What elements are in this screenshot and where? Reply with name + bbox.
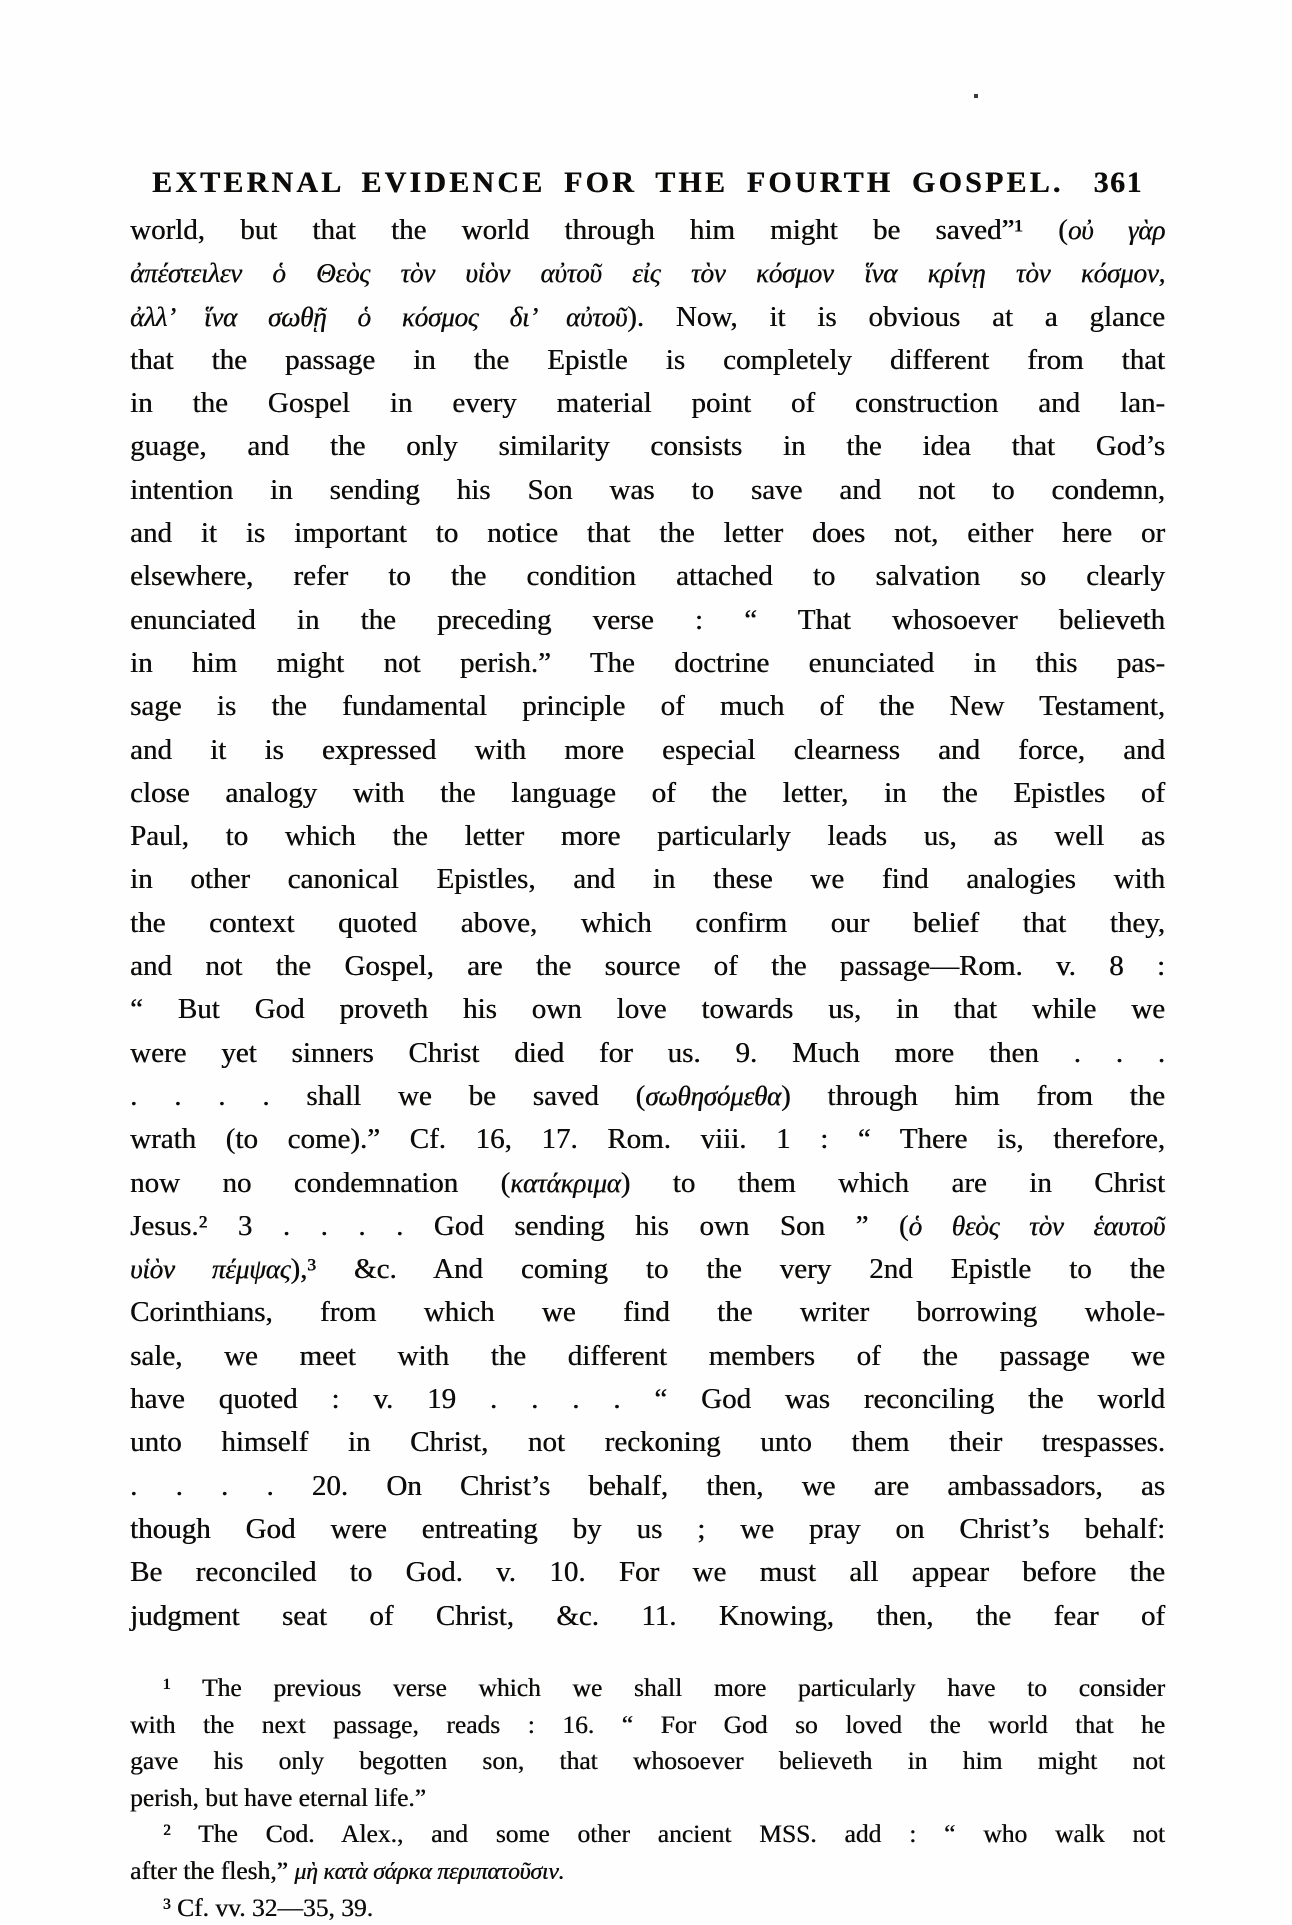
text-segment: that the passage in the Epistle is compl… <box>130 344 1165 376</box>
text-line: Jesus.² 3 . . . . God sending his own So… <box>130 1205 1165 1248</box>
text-line: ἀλλ’ ἵνα σωθῇ ὁ κόσμος δι’ αὐτοῦ). Now, … <box>130 296 1165 339</box>
text-line: ἀπέστειλεν ὁ Θεὸς τὸν υἱὸν αὐτοῦ εἰς τὸν… <box>130 252 1165 295</box>
greek-text: μὴ κατὰ σάρκα περιπατοῦσιν. <box>294 1859 564 1885</box>
text-line: the context quoted above, which confirm … <box>130 902 1165 945</box>
text-segment: perish, but have eternal life.” <box>130 1783 426 1812</box>
greek-text: υἱὸν πέμψας <box>130 1254 290 1284</box>
text-segment: Jesus.² 3 . . . . God sending his own So… <box>130 1210 909 1242</box>
greek-text: ἀλλ’ ἵνα σωθῇ ὁ κόσμος δι’ αὐτοῦ <box>130 302 627 332</box>
text-segment: ) through him from the <box>781 1080 1165 1112</box>
text-line: world, but that the world through him mi… <box>130 209 1165 252</box>
greek-text: ἀπέστειλεν ὁ Θεὸς τὸν υἱὸν αὐτοῦ εἰς τὸν… <box>130 258 1165 288</box>
text-line: close analogy with the language of the l… <box>130 772 1165 815</box>
text-segment: in the Gospel in every material point of… <box>130 387 1165 419</box>
text-line: elsewhere, refer to the condition attach… <box>130 555 1165 598</box>
text-segment: have quoted : v. 19 . . . . “ God was re… <box>130 1383 1165 1415</box>
text-segment: close analogy with the language of the l… <box>130 777 1165 809</box>
text-segment: ³ Cf. vv. 32—35, 39. <box>163 1893 373 1922</box>
page-number: 361 <box>1094 166 1144 199</box>
text-line: . . . . shall we be saved (σωθησόμεθα) t… <box>130 1075 1165 1118</box>
text-segment: and not the Gospel, are the source of th… <box>130 950 1165 982</box>
text-segment: ). Now, it is obvious at a glance <box>627 301 1165 333</box>
text-segment: Be reconciled to God. v. 10. For we must… <box>130 1556 1165 1588</box>
text-line: sale, we meet with the different members… <box>130 1335 1165 1378</box>
text-line: sage is the fundamental principle of muc… <box>130 685 1165 728</box>
text-line: “ But God proveth his own love towards u… <box>130 988 1165 1031</box>
text-line: in him might not perish.” The doctrine e… <box>130 642 1165 685</box>
text-segment: intention in sending his Son was to save… <box>130 474 1165 506</box>
text-line: with the next passage, reads : 16. “ For… <box>130 1707 1165 1744</box>
text-line: . . . . 20. On Christ’s behalf, then, we… <box>130 1465 1165 1508</box>
text-line: guage, and the only similarity consists … <box>130 425 1165 468</box>
text-line: were yet sinners Christ died for us. 9. … <box>130 1032 1165 1075</box>
book-page: EXTERNAL EVIDENCE FOR THE FOURTH GOSPEL.… <box>0 0 1292 1925</box>
greek-text: ὁ θεὸς τὸν ἑαυτοῦ <box>909 1211 1165 1241</box>
text-line: intention in sending his Son was to save… <box>130 469 1165 512</box>
text-line: that the passage in the Epistle is compl… <box>130 339 1165 382</box>
running-head-title: EXTERNAL EVIDENCE FOR THE FOURTH GOSPEL. <box>152 166 1064 199</box>
text-segment: now no condemnation ( <box>130 1167 510 1199</box>
text-segment: . . . . shall we be saved ( <box>130 1080 645 1112</box>
scan-speck <box>974 94 978 98</box>
text-segment: after the flesh,” <box>130 1856 294 1885</box>
text-line: and it is important to notice that the l… <box>130 512 1165 555</box>
text-line: perish, but have eternal life.” <box>130 1780 1165 1817</box>
text-line: wrath (to come).” Cf. 16, 17. Rom. viii.… <box>130 1118 1165 1161</box>
text-segment: enunciated in the preceding verse : “ Th… <box>130 604 1165 636</box>
text-segment: the context quoted above, which confirm … <box>130 907 1165 939</box>
text-line: υἱὸν πέμψας),³ &c. And coming to the ver… <box>130 1248 1165 1291</box>
text-segment: . . . . 20. On Christ’s behalf, then, we… <box>130 1470 1165 1502</box>
text-segment: elsewhere, refer to the condition attach… <box>130 560 1165 592</box>
text-segment: and it is expressed with more especial c… <box>130 734 1165 766</box>
text-line: though God were entreating by us ; we pr… <box>130 1508 1165 1551</box>
text-line: unto himself in Christ, not reckoning un… <box>130 1421 1165 1464</box>
text-line: and it is expressed with more especial c… <box>130 729 1165 772</box>
text-segment: judgment seat of Christ, &c. 11. Knowing… <box>130 1600 1165 1632</box>
text-segment: sale, we meet with the different members… <box>130 1340 1165 1372</box>
text-segment: world, but that the world through him mi… <box>130 214 1068 246</box>
text-line: Be reconciled to God. v. 10. For we must… <box>130 1551 1165 1594</box>
text-segment: in him might not perish.” The doctrine e… <box>130 647 1165 679</box>
text-segment: wrath (to come).” Cf. 16, 17. Rom. viii.… <box>130 1123 1165 1155</box>
greek-text: κατάκριμα <box>510 1168 620 1198</box>
text-segment: Paul, to which the letter more particula… <box>130 820 1165 852</box>
text-line: have quoted : v. 19 . . . . “ God was re… <box>130 1378 1165 1421</box>
text-line: judgment seat of Christ, &c. 11. Knowing… <box>130 1595 1165 1638</box>
greek-text: οὐ γὰρ <box>1068 215 1165 245</box>
text-line: now no condemnation (κατάκριμα) to them … <box>130 1162 1165 1205</box>
text-line: after the flesh,” μὴ κατὰ σάρκα περιπατο… <box>130 1853 1165 1891</box>
text-line: in other canonical Epistles, and in thes… <box>130 858 1165 901</box>
text-line: ² The Cod. Alex., and some other ancient… <box>130 1816 1165 1853</box>
text-line: and not the Gospel, are the source of th… <box>130 945 1165 988</box>
text-line: Corinthians, from which we find the writ… <box>130 1291 1165 1334</box>
running-head: EXTERNAL EVIDENCE FOR THE FOURTH GOSPEL.… <box>130 166 1165 200</box>
text-line: ¹ The previous verse which we shall more… <box>130 1670 1165 1707</box>
text-line: gave his only begotten son, that whosoev… <box>130 1743 1165 1780</box>
text-segment: gave his only begotten son, that whosoev… <box>130 1746 1165 1775</box>
text-segment: with the next passage, reads : 16. “ For… <box>130 1710 1165 1739</box>
text-segment: ² The Cod. Alex., and some other ancient… <box>163 1819 1165 1848</box>
text-segment: Corinthians, from which we find the writ… <box>130 1296 1165 1328</box>
text-line: Paul, to which the letter more particula… <box>130 815 1165 858</box>
text-segment: ),³ &c. And coming to the very 2nd Epist… <box>290 1253 1165 1285</box>
text-segment: ) to them which are in Christ <box>621 1167 1165 1199</box>
text-segment: ¹ The previous verse which we shall more… <box>163 1673 1165 1702</box>
text-segment: “ But God proveth his own love towards u… <box>130 993 1165 1025</box>
text-segment: though God were entreating by us ; we pr… <box>130 1513 1165 1545</box>
text-line: ³ Cf. vv. 32—35, 39. <box>130 1890 1165 1925</box>
greek-text: σωθησόμεθα <box>645 1081 781 1111</box>
text-segment: were yet sinners Christ died for us. 9. … <box>130 1037 1165 1069</box>
text-segment: sage is the fundamental principle of muc… <box>130 690 1165 722</box>
text-segment: guage, and the only similarity consists … <box>130 430 1165 462</box>
footnotes: ¹ The previous verse which we shall more… <box>130 1670 1165 1925</box>
text-segment: unto himself in Christ, not reckoning un… <box>130 1426 1165 1458</box>
text-segment: in other canonical Epistles, and in thes… <box>130 863 1165 895</box>
body-text: world, but that the world through him mi… <box>130 209 1165 1638</box>
text-segment: and it is important to notice that the l… <box>130 517 1165 549</box>
text-line: in the Gospel in every material point of… <box>130 382 1165 425</box>
text-line: enunciated in the preceding verse : “ Th… <box>130 599 1165 642</box>
